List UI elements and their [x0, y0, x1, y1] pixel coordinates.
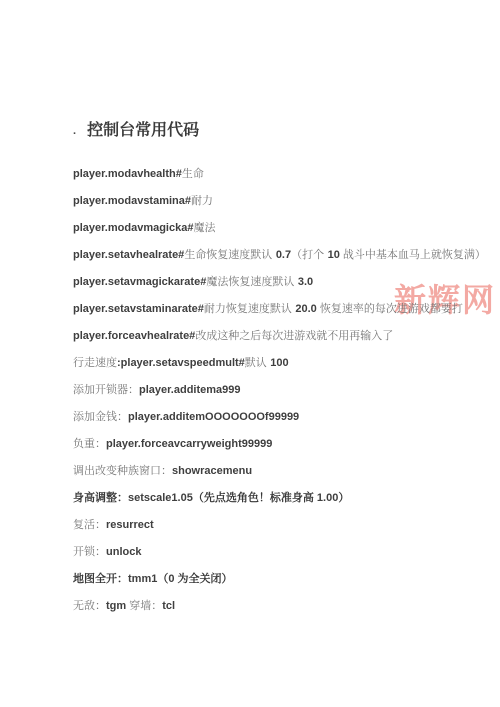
text-segment-code: player.modavstamina#: [73, 195, 191, 207]
doc-line: 添加开锁器：player.additema999: [73, 383, 490, 397]
text-segment-bold: ）: [338, 492, 349, 504]
text-segment-bold: 为全关闭）: [178, 573, 233, 585]
text-segment-desc: 战斗中基本血马上就恢复满）: [343, 248, 486, 261]
text-segment-desc: 调出改变种族窗口：: [73, 464, 172, 477]
text-segment-desc: 开锁：: [73, 545, 106, 558]
doc-line: player.setavhealrate#生命恢复速度默认 0.7（打个 10 …: [73, 248, 490, 262]
doc-line: 行走速度:player.setavspeedmult#默认 100: [73, 356, 490, 370]
text-segment-bold: （先点选角色！标准身高: [193, 492, 317, 504]
doc-line: 地图全开：tmm1（0 为全关闭）: [73, 572, 490, 586]
text-segment-desc: （打个: [291, 248, 328, 261]
text-segment-code: resurrect: [106, 519, 154, 531]
text-segment-code: 0: [168, 573, 177, 585]
text-segment-desc: 生命恢复速度默认: [184, 248, 276, 261]
text-segment-code: player.forceavhealrate#: [73, 330, 195, 342]
doc-line: player.setavstaminarate#耐力恢复速度默认 20.0 恢复…: [73, 302, 490, 316]
text-segment-code: 1.00: [317, 492, 338, 504]
text-segment-code: player.setavhealrate#: [73, 249, 184, 261]
doc-line: player.setavmagickarate#魔法恢复速度默认 3.0: [73, 275, 490, 289]
document-content: .控制台常用代码 player.modavhealth#生命player.mod…: [73, 121, 490, 626]
text-segment-code: player.additemOOOOOOOf99999: [128, 411, 299, 423]
text-segment-code: showracemenu: [172, 465, 252, 477]
text-segment-desc: 默认: [245, 356, 271, 369]
doc-line: 无敌：tgm 穿墙：tcl: [73, 599, 490, 613]
text-segment-bold: 身高调整：: [73, 492, 128, 504]
text-segment-code: player.modavmagicka#: [73, 222, 193, 234]
text-segment-desc: 魔法: [193, 221, 215, 234]
doc-line: 调出改变种族窗口：showracemenu: [73, 464, 490, 478]
doc-line: player.modavmagicka#魔法: [73, 221, 490, 235]
text-segment-code: tcl: [162, 600, 175, 612]
text-segment-bold: 地图全开：: [73, 573, 128, 585]
text-segment-code: 0.7: [276, 249, 291, 261]
text-segment-desc: 行走速度: [73, 356, 117, 369]
text-segment-bold: （: [157, 573, 168, 585]
text-segment-code: tgm: [106, 600, 129, 612]
doc-line: 身高调整：setscale1.05（先点选角色！标准身高 1.00）: [73, 491, 490, 505]
text-segment-desc: 无敌：: [73, 599, 106, 612]
text-segment-desc: 魔法恢复速度默认: [206, 275, 298, 288]
text-segment-code: player.forceavcarryweight99999: [106, 438, 272, 450]
text-segment-desc: 耐力: [191, 194, 213, 207]
text-segment-code: player.setavstaminarate#: [73, 303, 204, 315]
text-segment-code: 3.0: [298, 276, 313, 288]
title-text: 控制台常用代码: [87, 122, 199, 139]
text-segment-code: player.modavhealth#: [73, 168, 182, 180]
text-segment-desc: 复活：: [73, 518, 106, 531]
text-segment-desc: 穿墙：: [129, 599, 162, 612]
text-segment-code: 100: [270, 357, 288, 369]
doc-lines: player.modavhealth#生命player.modavstamina…: [73, 167, 490, 613]
text-segment-code: player.setavmagickarate#: [73, 276, 206, 288]
text-segment-code: player.additema999: [139, 384, 241, 396]
doc-line: 复活：resurrect: [73, 518, 490, 532]
doc-line: 添加金钱：player.additemOOOOOOOf99999: [73, 410, 490, 424]
text-segment-desc: 生命: [182, 167, 204, 180]
title-bullet: .: [73, 121, 76, 141]
text-segment-code: setscale1.05: [128, 492, 193, 504]
doc-line: player.forceavhealrate#改成这种之后每次进游戏就不用再输入…: [73, 329, 490, 343]
text-segment-code: :player.setavspeedmult#: [117, 357, 245, 369]
document-page: 新辉网 .控制台常用代码 player.modavhealth#生命player…: [0, 0, 500, 707]
doc-line: player.modavstamina#耐力: [73, 194, 490, 208]
text-segment-desc: 负重：: [73, 437, 106, 450]
page-title: .控制台常用代码: [73, 121, 490, 141]
doc-line: 开锁：unlock: [73, 545, 490, 559]
text-segment-desc: 添加开锁器：: [73, 383, 139, 396]
doc-line: player.modavhealth#生命: [73, 167, 490, 181]
doc-line: 负重：player.forceavcarryweight99999: [73, 437, 490, 451]
text-segment-desc: 改成这种之后每次进游戏就不用再输入了: [195, 329, 393, 342]
text-segment-desc: 恢复速率的每次进游戏都要打: [320, 302, 463, 315]
text-segment-desc: 耐力恢复速度默认: [204, 302, 296, 315]
text-segment-code: unlock: [106, 546, 141, 558]
text-segment-code: 20.0: [295, 303, 319, 315]
text-segment-desc: 添加金钱：: [73, 410, 128, 423]
text-segment-code: 10: [328, 249, 343, 261]
text-segment-code: tmm1: [128, 573, 157, 585]
